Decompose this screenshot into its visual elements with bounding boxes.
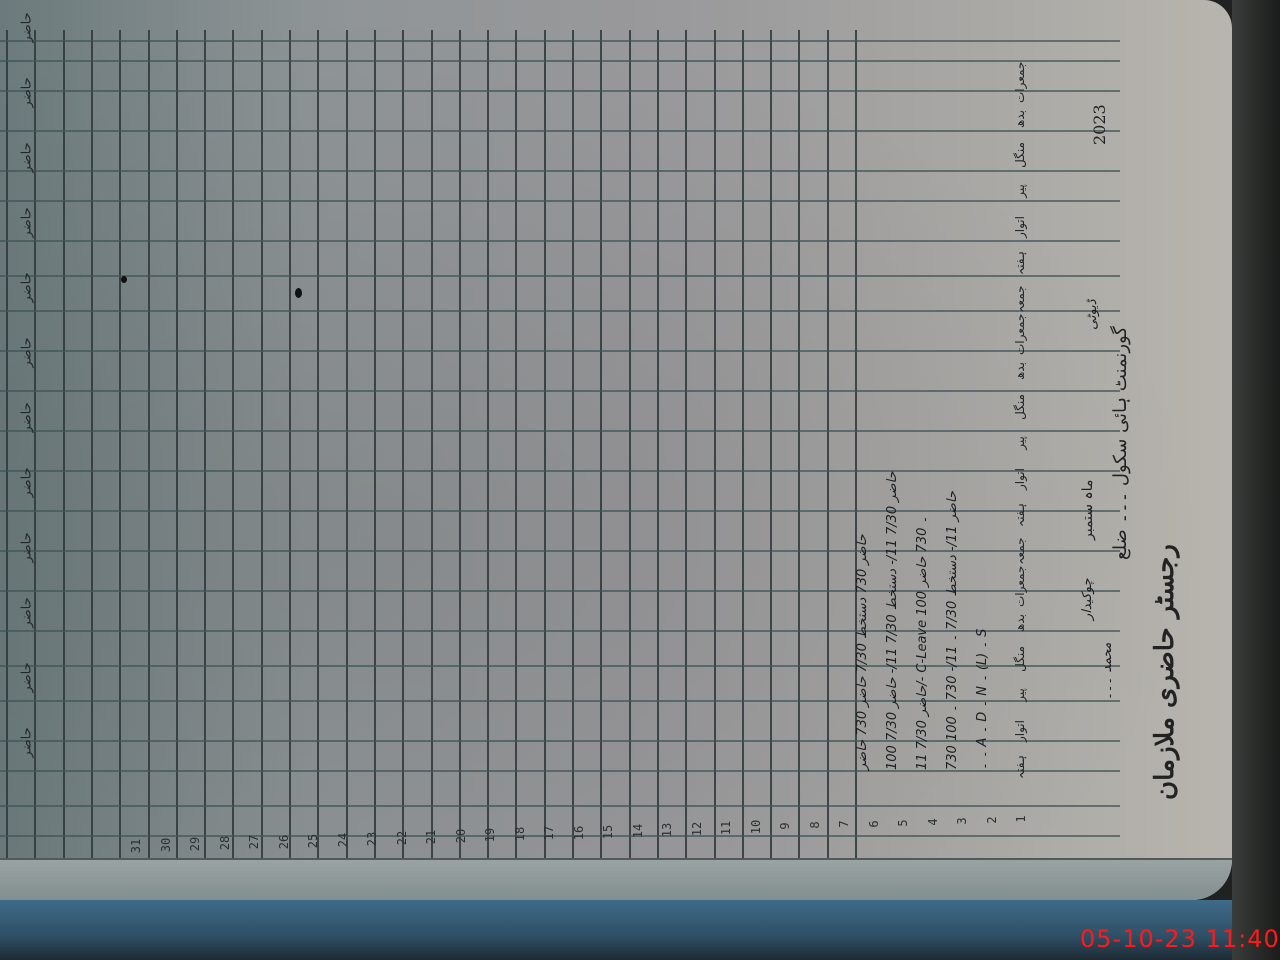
day-header-cell: ہفتہ	[1013, 243, 1027, 283]
grid-column-line	[770, 30, 772, 860]
row-number: 25	[306, 828, 320, 854]
row-number: 10	[749, 814, 763, 840]
day-header-cell: پیر	[1013, 675, 1027, 715]
margin-mark: حاضر	[20, 467, 35, 497]
register-page: رجسٹر حاضری ملازمان گورنمنٹ ہائی سکول ۔۔…	[0, 0, 1232, 900]
row-number: 20	[454, 823, 468, 849]
register-month: ماہ ستمبر	[1080, 480, 1096, 540]
photo-timestamp: 05-10-23 11:40	[1080, 925, 1280, 953]
row-number: 24	[336, 827, 350, 853]
header-field-name: محمد ۔۔۔	[1100, 643, 1115, 700]
row-number: 26	[277, 829, 291, 855]
day-header-cell: منگل	[1013, 387, 1027, 427]
grid-column-line	[374, 30, 376, 860]
grid-column-line	[629, 30, 631, 860]
grid-column-line	[827, 30, 829, 860]
grid-column-line	[176, 30, 178, 860]
row-number: 8	[808, 812, 822, 838]
grid-column-line	[232, 30, 234, 860]
grid-row-line	[0, 430, 1120, 432]
grid-column-line	[459, 30, 461, 860]
row-number: 5	[896, 810, 910, 836]
day-header-cell: جمعہ	[1013, 531, 1027, 571]
grid-row-line	[0, 770, 1120, 772]
row-number: 12	[690, 816, 704, 842]
row-number: 6	[867, 811, 881, 837]
grid-column-line	[261, 30, 263, 860]
grid-row-line	[0, 805, 1120, 807]
day-header-cell: پیر	[1013, 171, 1027, 211]
margin-mark: حاضر	[20, 142, 35, 172]
header-field-designation: چوکیدار	[1080, 578, 1095, 620]
grid-column-line	[657, 30, 659, 860]
row-number: 31	[129, 833, 143, 859]
grid-column-line	[6, 30, 8, 860]
grid-row-line	[0, 170, 1120, 172]
margin-mark: حاضر	[20, 597, 35, 627]
attendance-row-3: حاضر 7/30 11/- C-Leave ۔ 730 حاضر 100	[915, 516, 930, 770]
attendance-row-5: حاضر 730 دستخط 7/30 حاضر 730 حاضر	[855, 534, 870, 770]
grid-column-line	[798, 30, 800, 860]
ink-spot	[121, 276, 127, 283]
grid-column-line	[487, 30, 489, 860]
background-surface	[1232, 0, 1280, 960]
register-subtitle: گورنمنٹ ہائی سکول ۔۔۔ ضلع	[1110, 326, 1131, 560]
grid-row-line	[0, 310, 1120, 312]
attendance-row-2: 730 حاضر 11/- دستخط 7/30 ۔ 11/- 730 ۔ 10…	[945, 491, 960, 770]
row-number: 11	[719, 815, 733, 841]
margin-mark: حاضر	[20, 402, 35, 432]
day-header-cell: پیر	[1013, 423, 1027, 463]
day-header-cell: اتوار	[1013, 711, 1027, 751]
margin-mark: حاضر	[20, 727, 35, 757]
grid-column-line	[515, 30, 517, 860]
register-grid	[0, 0, 1232, 900]
row-number: 4	[926, 809, 940, 835]
grid-column-line	[544, 30, 546, 860]
margin-mark: حاضر	[20, 207, 35, 237]
row-number: 21	[424, 824, 438, 850]
margin-mark: حاضر	[20, 532, 35, 562]
row-number: 14	[631, 818, 645, 844]
grid-row-line	[0, 470, 1120, 472]
margin-mark: حاضر	[20, 77, 35, 107]
day-header-cell: منگل	[1013, 639, 1027, 679]
grid-column-line	[402, 30, 404, 860]
grid-column-line	[63, 30, 65, 860]
day-header-cell: ہفتہ	[1013, 747, 1027, 787]
row-number: 1	[1014, 806, 1028, 832]
grid-column-line	[600, 30, 602, 860]
row-number: 16	[572, 820, 586, 846]
day-header-cell: اتوار	[1013, 207, 1027, 247]
margin-mark: حاضر	[20, 662, 35, 692]
grid-column-line	[685, 30, 687, 860]
row-number: 13	[660, 817, 674, 843]
grid-column-line	[714, 30, 716, 860]
grid-column-line	[742, 30, 744, 860]
day-header-cell: بدھ	[1013, 351, 1027, 391]
grid-row-line	[0, 60, 1120, 62]
day-header-cell: ہفتہ	[1013, 495, 1027, 535]
grid-row-line	[0, 200, 1120, 202]
attendance-row-1: ۔ ۔ A ۔ D ۔ N ۔ (L) ۔ S	[975, 629, 990, 770]
ink-spot	[295, 288, 302, 298]
grid-row-line	[0, 130, 1120, 132]
row-number: 17	[542, 820, 556, 846]
grid-column-line	[119, 30, 121, 860]
row-number: 9	[778, 813, 792, 839]
margin-mark: حاضر	[20, 272, 35, 302]
grid-column-line	[431, 30, 433, 860]
grid-column-line	[572, 30, 574, 860]
row-number: 18	[513, 821, 527, 847]
day-header-cell: بدھ	[1013, 603, 1027, 643]
grid-row-line	[0, 90, 1120, 92]
header-field-duty: ڈیوٹی	[1085, 299, 1100, 330]
grid-column-line	[289, 30, 291, 860]
grid-row-line	[0, 350, 1120, 352]
grid-column-line	[204, 30, 206, 860]
grid-row-line	[0, 275, 1120, 277]
row-number: 15	[601, 819, 615, 845]
attendance-row-4: حاضر 7/30 11/- دستخط 7/30 11/- حاضر 7/30…	[885, 471, 900, 770]
margin-mark: حاضر	[20, 12, 35, 42]
row-number: 2	[985, 807, 999, 833]
grid-column-line	[346, 30, 348, 860]
day-header-cell: جمعرات	[1013, 567, 1027, 607]
register-year: 2023	[1090, 104, 1109, 145]
register-title: رجسٹر حاضری ملازمان	[1150, 544, 1180, 800]
grid-column-line	[91, 30, 93, 860]
book-cover-edge	[0, 900, 1240, 960]
day-header-cell: جمعرات	[1013, 63, 1027, 103]
grid-column-line	[148, 30, 150, 860]
row-number: 3	[955, 808, 969, 834]
day-header-cell: منگل	[1013, 135, 1027, 175]
row-number: 23	[365, 826, 379, 852]
row-number: 29	[188, 831, 202, 857]
day-header-cell: بدھ	[1013, 99, 1027, 139]
row-number: 27	[247, 829, 261, 855]
day-header-cell: جمعہ	[1013, 279, 1027, 319]
row-number: 30	[159, 832, 173, 858]
row-number: 7	[837, 811, 851, 837]
row-number: 28	[218, 830, 232, 856]
row-number: 22	[395, 825, 409, 851]
grid-column-line	[317, 30, 319, 860]
grid-row-line	[0, 390, 1120, 392]
grid-row-line	[0, 240, 1120, 242]
day-header-cell: جمعرات	[1013, 315, 1027, 355]
grid-row-line	[0, 40, 1120, 42]
page-bottom-edge	[0, 858, 1232, 900]
margin-mark: حاضر	[20, 337, 35, 367]
row-number: 19	[483, 822, 497, 848]
day-header-cell: اتوار	[1013, 459, 1027, 499]
